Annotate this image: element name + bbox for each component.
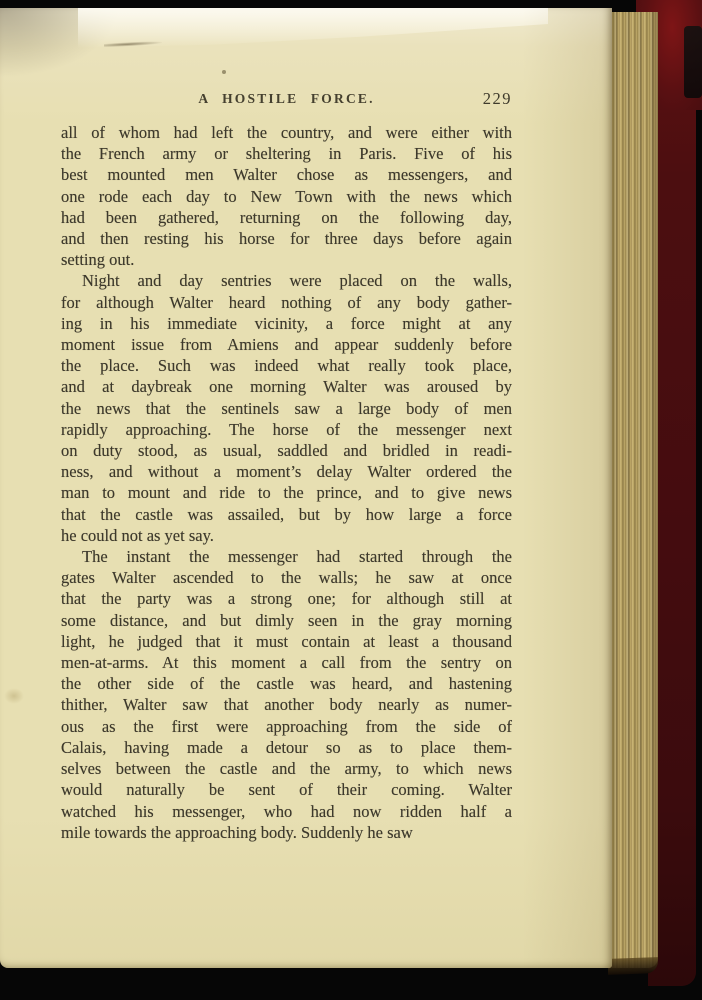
text-line: for although Walter heard nothing of any…	[61, 292, 512, 313]
text-line: setting out.	[61, 249, 512, 270]
text-line: mile towards the approaching body. Sudde…	[61, 822, 512, 843]
text-line: and at daybreak one morning Walter was a…	[61, 376, 512, 397]
book-page: A HOSTILE FORCE. 229 all of whom had lef…	[0, 8, 612, 968]
page-edge-stack	[608, 12, 658, 968]
text-line: best mounted men Walter chose as messeng…	[61, 164, 512, 185]
text-line: the place. Such was indeed what really t…	[61, 355, 512, 376]
text-line: on duty stood, as usual, saddled and bri…	[61, 440, 512, 461]
text-line: would naturally be sent of their coming.…	[61, 779, 512, 800]
paragraph: all of whom had left the country, and we…	[61, 122, 512, 270]
paragraph: Night and day sentries were placed on th…	[61, 270, 512, 546]
paper-speck	[222, 70, 226, 74]
text-line: light, he judged that it must contain at…	[61, 631, 512, 652]
text-line: and then resting his horse for three day…	[61, 228, 512, 249]
text-line: that the castle was assailed, but by how…	[61, 504, 512, 525]
text-line: Night and day sentries were placed on th…	[61, 270, 512, 291]
text-block: all of whom had left the country, and we…	[61, 122, 512, 843]
text-line: The instant the messenger had started th…	[61, 546, 512, 567]
text-line: man to mount and ride to the prince, and…	[61, 482, 512, 503]
text-line: some distance, and but dimly seen in the…	[61, 610, 512, 631]
text-line: ing in his immediate vicinity, a force m…	[61, 313, 512, 334]
text-line: all of whom had left the country, and we…	[61, 122, 512, 143]
text-line: rapidly approaching. The horse of the me…	[61, 419, 512, 440]
text-line: one rode each day to New Town with the n…	[61, 186, 512, 207]
text-line: selves between the castle and the army, …	[61, 758, 512, 779]
page-number: 229	[483, 89, 512, 109]
text-line: that the party was a strong one; for alt…	[61, 588, 512, 609]
cover-shadow-mark	[684, 26, 702, 98]
text-line: he could not as yet say.	[61, 525, 512, 546]
text-line: had been gathered, returning on the foll…	[61, 207, 512, 228]
paper-smudge	[4, 688, 24, 704]
text-line: moment issue from Amiens and appear sudd…	[61, 334, 512, 355]
text-line: thither, Walter saw that another body ne…	[61, 694, 512, 715]
text-line: watched his messenger, who had now ridde…	[61, 801, 512, 822]
text-line: the news that the sentinels saw a large …	[61, 398, 512, 419]
text-line: ness, and without a moment’s delay Walte…	[61, 461, 512, 482]
running-header: A HOSTILE FORCE. 229	[61, 91, 512, 113]
text-line: men-at-arms. At this moment a call from …	[61, 652, 512, 673]
text-line: Calais, having made a detour so as to pl…	[61, 737, 512, 758]
paragraph: The instant the messenger had started th…	[61, 546, 512, 843]
chapter-running-title: A HOSTILE FORCE.	[61, 91, 512, 107]
text-line: the French army or sheltering in Paris. …	[61, 143, 512, 164]
book-page-photo: A HOSTILE FORCE. 229 all of whom had lef…	[0, 0, 702, 1000]
text-line: ous as the first were approaching from t…	[61, 716, 512, 737]
text-line: gates Walter ascended to the walls; he s…	[61, 567, 512, 588]
text-line: the other side of the castle was heard, …	[61, 673, 512, 694]
